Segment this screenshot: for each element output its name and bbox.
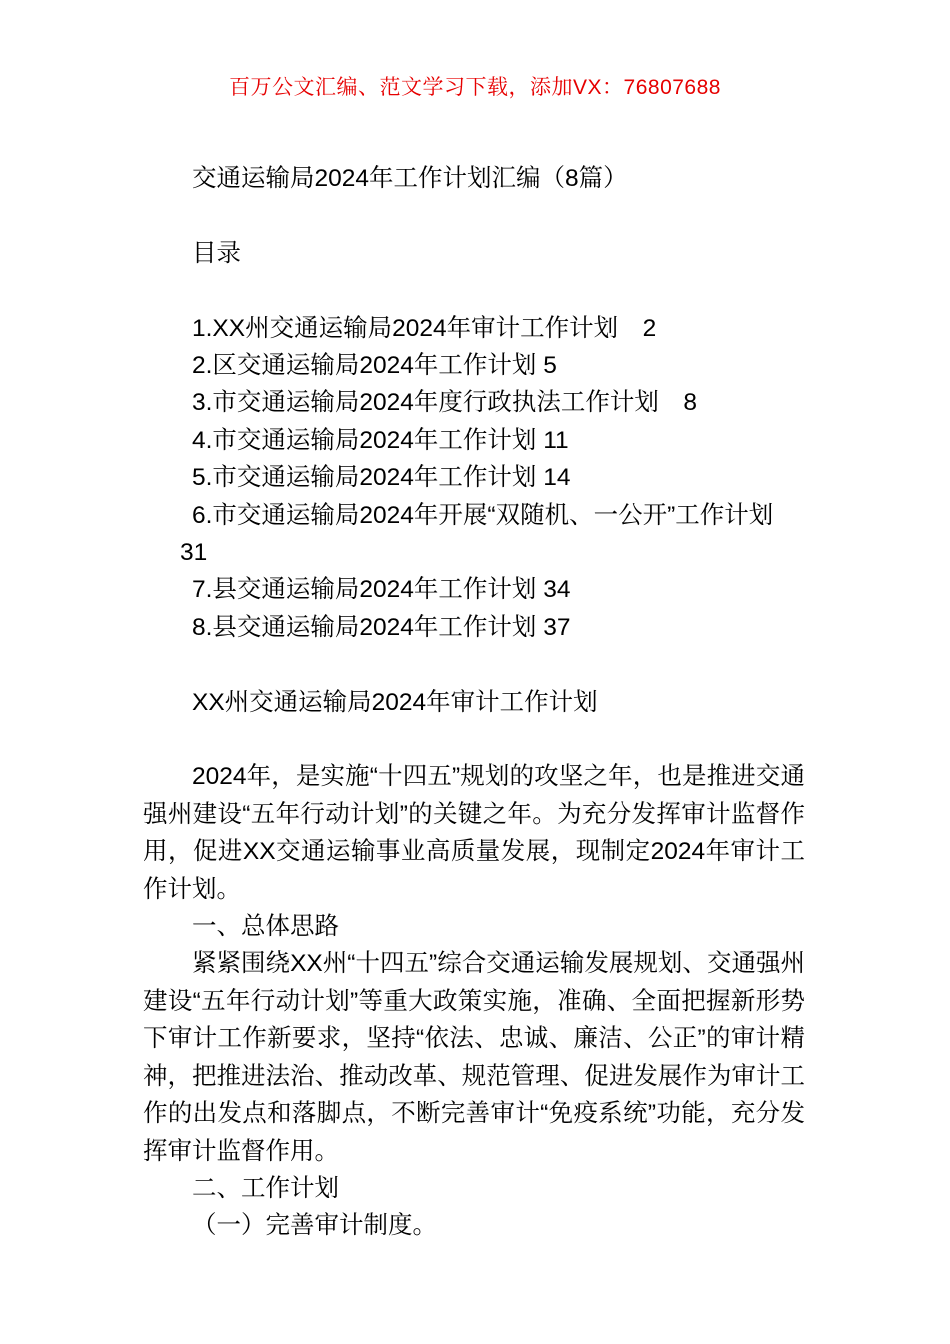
blank-line — [143, 197, 805, 234]
toc-item-6-page-number: 31 — [180, 534, 805, 571]
paragraph-subitem-1: （一）完善审计制度。 — [143, 1207, 805, 1244]
toc-item-5: 5.市交通运输局2024年工作计划 14 — [143, 459, 805, 496]
document-title: 交通运输局2024年工作计划汇编（8篇） — [143, 160, 805, 197]
document-body: 交通运输局2024年工作计划汇编（8篇） 目录 1.XX州交通运输局2024年审… — [143, 160, 805, 1245]
toc-item-8: 8.县交通运输局2024年工作计划 37 — [143, 609, 805, 646]
promo-banner: 百万公文汇编、范文学习下载，添加VX：76807688 — [0, 0, 950, 102]
document-page: 百万公文汇编、范文学习下载，添加VX：76807688 交通运输局2024年工作… — [0, 0, 950, 1344]
blank-line — [143, 272, 805, 309]
toc-item-3: 3.市交通运输局2024年度行政执法工作计划 8 — [143, 384, 805, 421]
toc-item-4: 4.市交通运输局2024年工作计划 11 — [143, 422, 805, 459]
heading-work-plan: 二、工作计划 — [143, 1170, 805, 1207]
section-title: XX州交通运输局2024年审计工作计划 — [143, 684, 805, 721]
toc-item-1: 1.XX州交通运输局2024年审计工作计划 2 — [143, 310, 805, 347]
toc-heading: 目录 — [143, 235, 805, 272]
toc-item-6: 6.市交通运输局2024年开展“双随机、一公开”工作计划 — [143, 497, 805, 534]
toc-item-7: 7.县交通运输局2024年工作计划 34 — [143, 571, 805, 608]
heading-overall-approach: 一、总体思路 — [143, 908, 805, 945]
blank-line — [143, 646, 805, 683]
toc-item-2: 2.区交通运输局2024年工作计划 5 — [143, 347, 805, 384]
blank-line — [143, 721, 805, 758]
paragraph-intro: 2024年，是实施“十四五”规划的攻坚之年，也是推进交通强州建设“五年行动计划”… — [143, 758, 805, 908]
paragraph-overall-approach: 紧紧围绕XX州“十四五”综合交通运输发展规划、交通强州建设“五年行动计划”等重大… — [143, 945, 805, 1169]
